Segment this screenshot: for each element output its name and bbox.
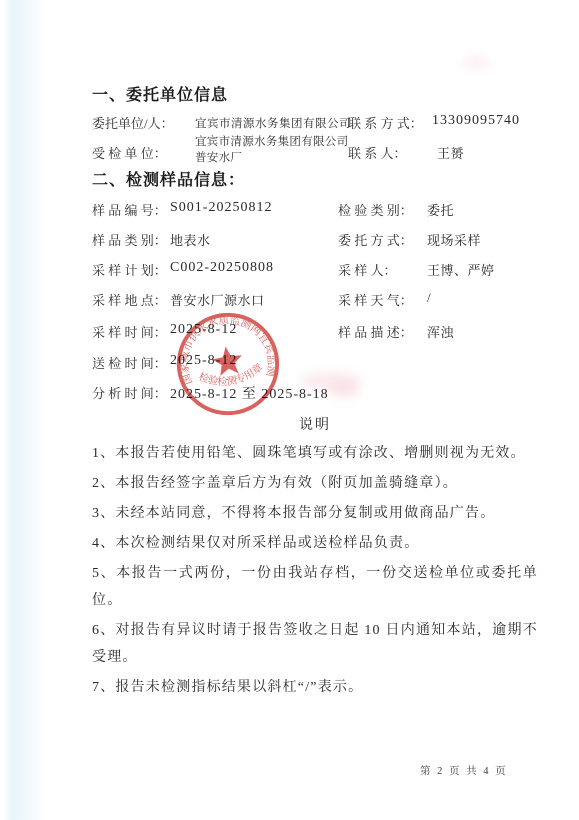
field-value: C002-20250808 (170, 260, 274, 276)
client-value: 宜宾市清源水务集团有限公司 (195, 115, 351, 131)
note-item: 5、本报告一式两份，一份由我站存档，一份交送检单位或委托单位。 (92, 560, 538, 614)
star-icon (211, 344, 245, 376)
inspected-value-line1: 宜宾市清源水务集团有限公司 (195, 135, 348, 150)
sample-row: 采 样 地 点： 普安水厂源水口 采 样 天 气： / (92, 290, 552, 308)
field-value: 浑浊 (427, 322, 454, 341)
ink-ghost-mark (462, 56, 490, 70)
field-value: / (427, 290, 431, 306)
contact-person-label: 联 系 人： (348, 143, 407, 162)
official-stamp: 国家城市供水水质监测网宜宾监测站 检验检测专用章 (161, 297, 294, 430)
contact-method-value: 13309095740 (432, 113, 520, 129)
field-label: 送 检 时 间： (92, 353, 167, 372)
scanned-report-page: { "report": { "section1": { "title": "一、… (0, 0, 579, 820)
note-item: 1、本报告若使用铅笔、圆珠笔填写或有涂改、增删则视为无效。 (92, 440, 538, 467)
notes-list: 1、本报告若使用铅笔、圆珠笔填写或有涂改、增删则视为无效。 2、本报告经签字盖章… (92, 440, 538, 704)
client-row: 委托单位/人： 宜宾市清源水务集团有限公司 联 系 方 式： 133090957… (92, 113, 552, 131)
sample-row: 分 析 时 间： 2025-8-12 至 2025-8-18 (92, 383, 552, 401)
section-title-client-info: 一、委托单位信息 (92, 82, 228, 105)
page-footer: 第 2 页 共 4 页 (420, 763, 508, 778)
note-item: 2、本报告经签字盖章后方为有效（附页加盖骑缝章）。 (92, 470, 538, 497)
field-label: 委 托 方 式： (338, 230, 413, 249)
field-label: 样 品 描 述： (338, 322, 413, 341)
contact-method-label: 联 系 方 式： (348, 113, 423, 132)
sample-row: 采 样 计 划： C002-20250808 采 样 人： 王博、严婷 (92, 260, 552, 278)
field-value: 委托 (427, 200, 454, 219)
field-label: 采 样 天 气： (338, 290, 413, 309)
sample-row: 样 品 类 别： 地表水 委 托 方 式： 现场采样 (92, 230, 552, 248)
inspected-row: 受 检 单 位： 宜宾市清源水务集团有限公司 普安水厂 联 系 人： 王赟 (92, 134, 552, 168)
field-value: 王博、严婷 (427, 260, 495, 279)
sample-row: 采 样 时 间： 2025-8-12 样 品 描 述： 浑浊 (92, 322, 552, 340)
field-label: 采 样 人： (338, 260, 397, 279)
inspected-label: 受 检 单 位： (92, 143, 167, 162)
field-value: S001-20250812 (170, 200, 272, 216)
note-item: 6、对报告有异议时请于报告签收之日起 10 日内通知本站，逾期不受理。 (92, 617, 538, 671)
note-item: 7、报告未检测指标结果以斜杠“/”表示。 (92, 674, 538, 701)
contact-person-value: 王赟 (437, 143, 464, 162)
sample-row: 送 检 时 间： 2025-8-12 (92, 353, 552, 371)
inspected-value-line2: 普安水厂 (195, 151, 242, 166)
field-value: 现场采样 (427, 230, 481, 249)
note-item: 3、未经本站同意，不得将本报告部分复制或用做商品广告。 (92, 500, 538, 527)
sample-row: 样 品 编 号： S001-20250812 检 验 类 别： 委托 (92, 200, 552, 218)
scan-edge-artifact (2, 0, 46, 820)
field-label: 采 样 计 划： (92, 260, 167, 279)
field-label: 样 品 编 号： (92, 200, 167, 219)
field-label: 检 验 类 别： (338, 200, 413, 219)
client-label: 委托单位/人： (92, 113, 174, 132)
field-label: 分 析 时 间： (92, 383, 167, 402)
field-label: 采 样 地 点： (92, 290, 167, 309)
section-title-sample-info: 二、检测样品信息： (92, 167, 245, 190)
field-label: 样 品 类 别： (92, 230, 167, 249)
note-item: 4、本次检测结果仅对所采样品或送检样品负责。 (92, 530, 538, 557)
notes-title: 说明 (92, 414, 538, 434)
field-label: 采 样 时 间： (92, 322, 167, 341)
field-value: 地表水 (170, 230, 211, 249)
